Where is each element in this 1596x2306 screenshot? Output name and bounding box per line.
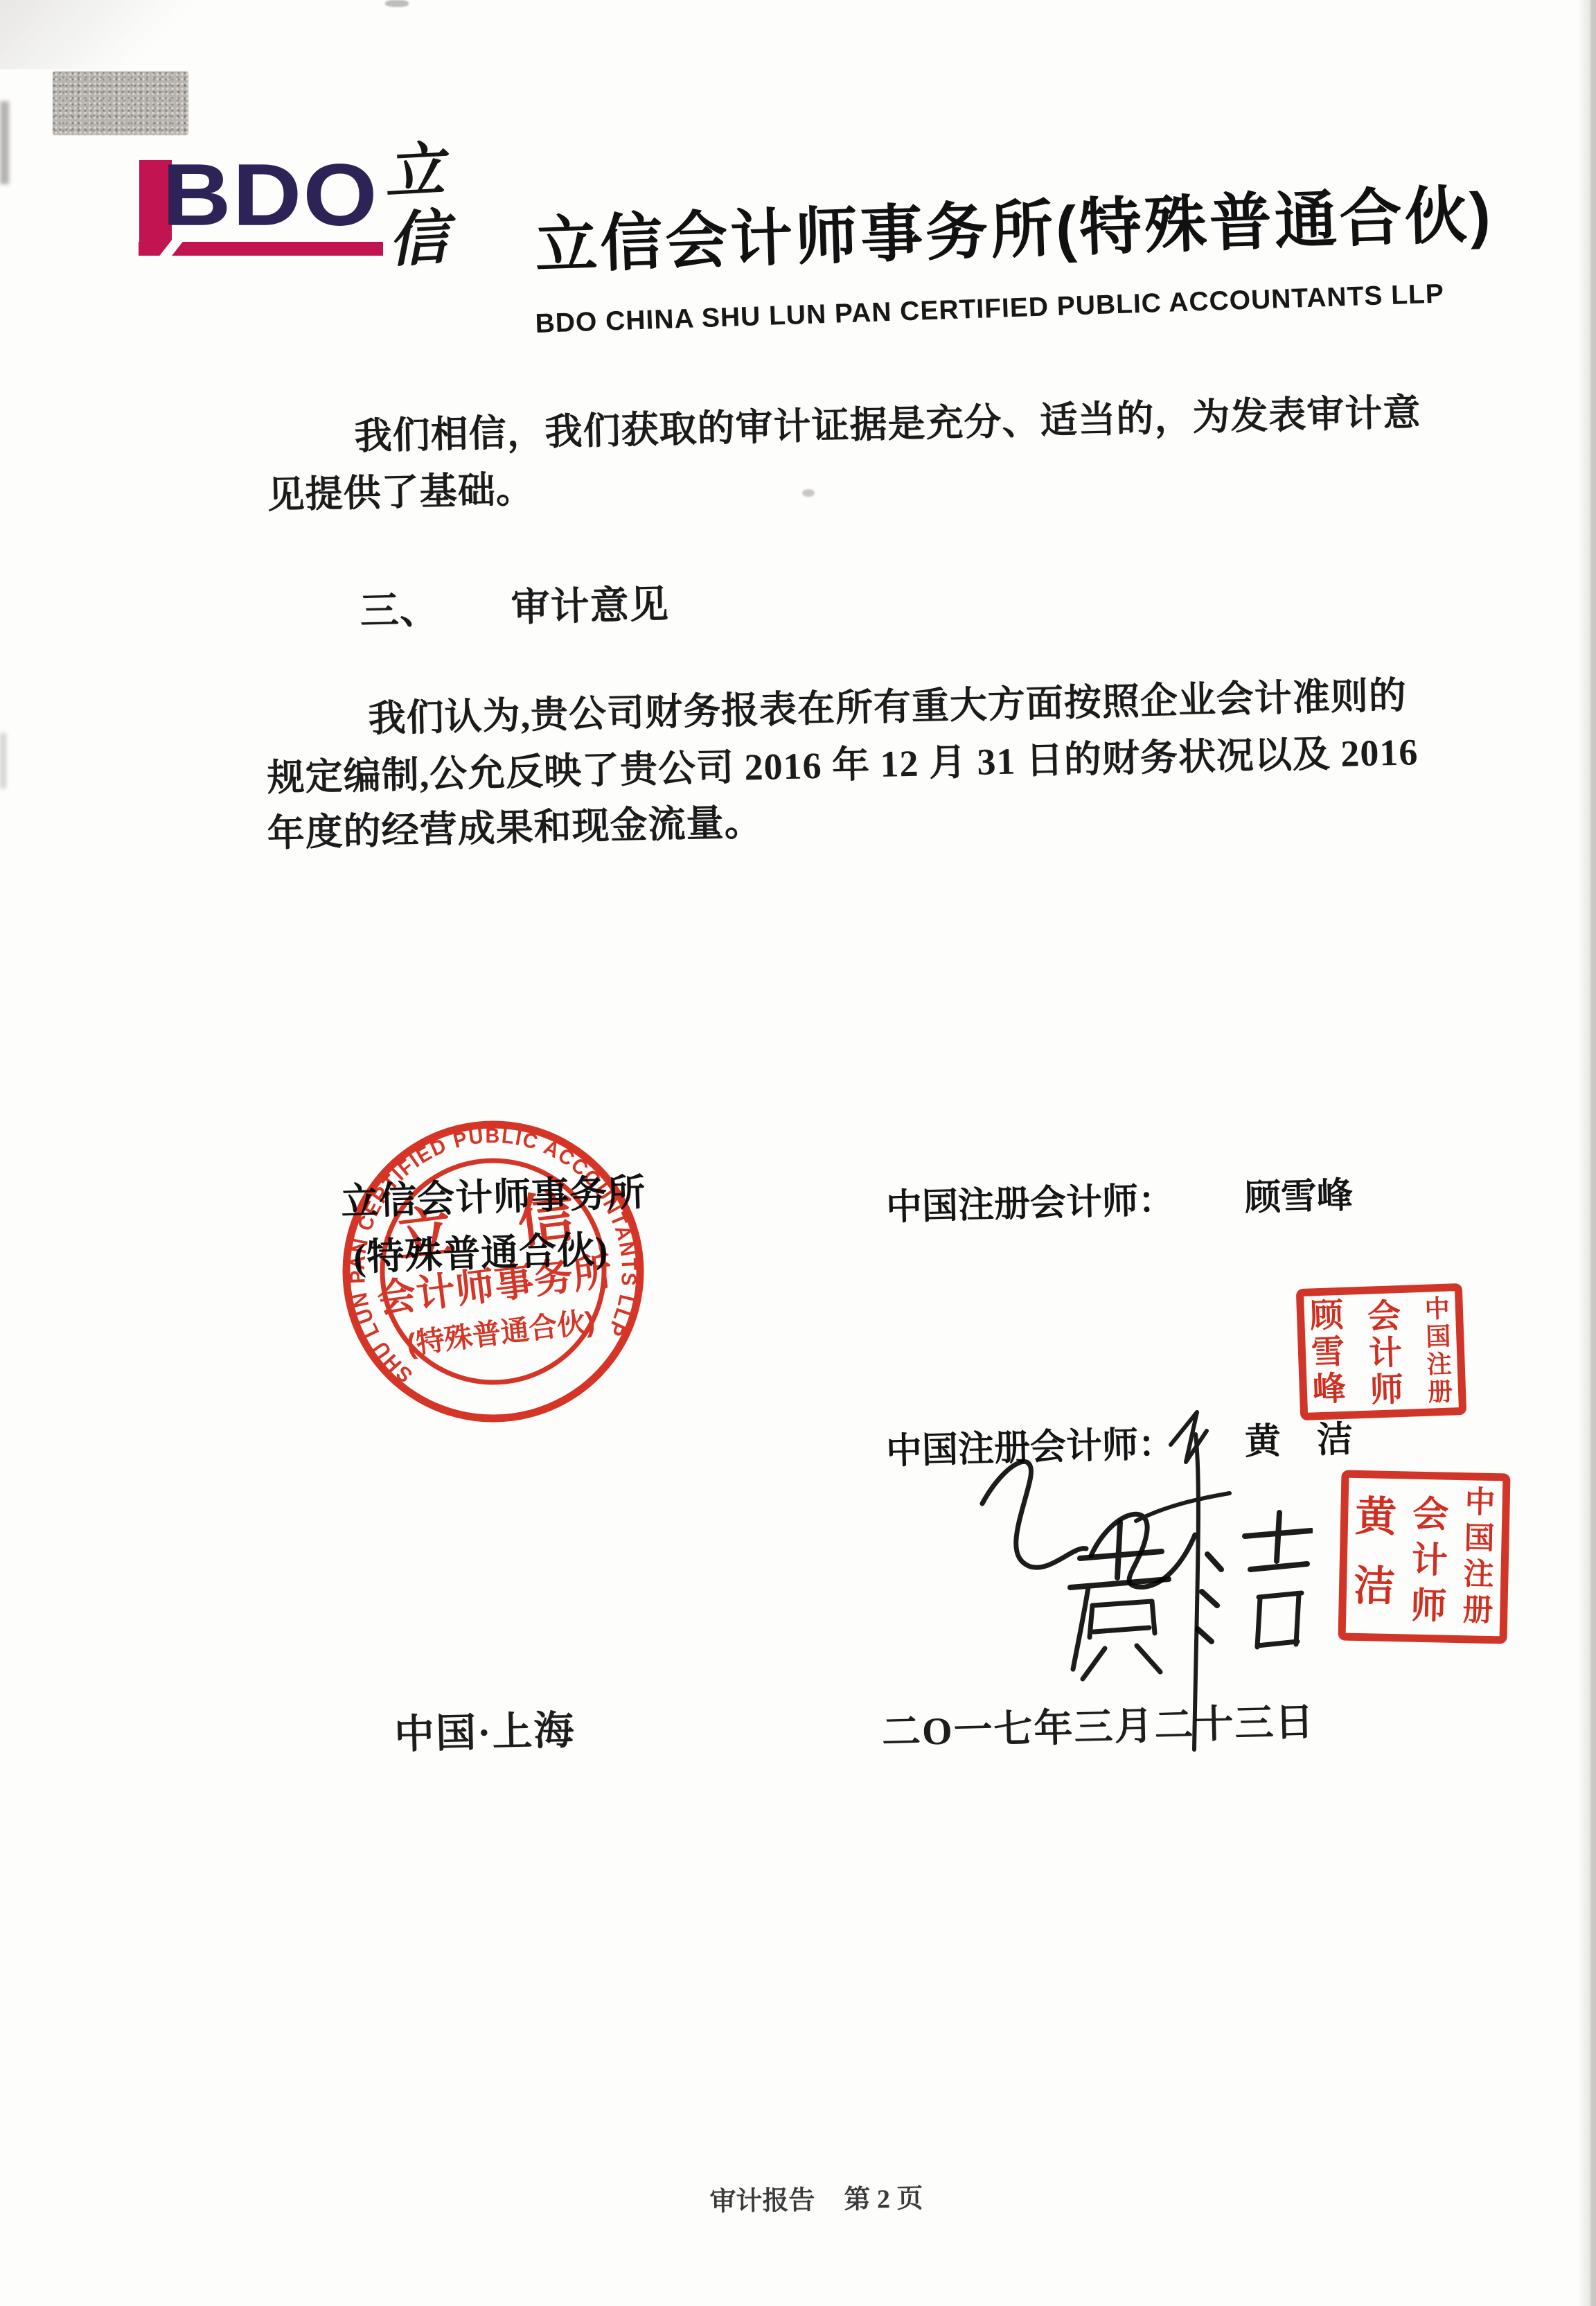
paragraph1-line1: 我们相信，我们获取的审计证据是充分、适当的，为发表审计意 (267, 389, 1421, 462)
closing-firm-line1: 立信会计师事务所 (340, 1163, 646, 1226)
cpa-line-1: 中国注册会计师：顾雪峰 (885, 1165, 1354, 1230)
footer-page-number: 第 2 页 (844, 2184, 923, 2215)
logo-bdo-wordmark: BDO (162, 151, 379, 239)
cpa1-name: 顾雪峰 (1244, 1176, 1353, 1218)
scan-smudge-left-mid (0, 733, 6, 789)
section-heading: 三、审计意见 (360, 581, 669, 636)
paragraph2-line3: 年度的经营成果和现金流量。 (267, 800, 763, 858)
cpa-seal-huang-jie: 黄洁 会计师 中国注册 (1338, 1470, 1510, 1644)
scanned-audit-report-page: BDO 立信 立信会计师事务所(特殊普通合伙) BDO CHINA SHU LU… (0, 0, 1596, 2306)
seal-name-column: 黄洁 (1351, 1482, 1399, 1630)
scan-edge-shadow-right (1578, 0, 1596, 2306)
scan-speck (802, 489, 815, 497)
logo-lixin-calligraphy: 立信 (383, 135, 461, 274)
cpa1-label: 中国注册会计师： (885, 1181, 1174, 1228)
cpa2-name: 黄 洁 (1244, 1420, 1353, 1462)
seal-country-column: 中国注册 (1424, 1294, 1454, 1406)
cpa-seal-gu-xuefeng: 顾雪峰 会计师 中国注册 (1296, 1283, 1466, 1420)
paragraph1-line2: 见提供了基础。 (267, 466, 534, 519)
scan-corner-shading (0, 0, 236, 69)
firm-name-english: BDO CHINA SHU LUN PAN CERTIFIED PUBLIC A… (535, 279, 1445, 340)
section-title: 审计意见 (511, 583, 669, 630)
signature-huang-jie (1056, 1500, 1313, 1687)
scan-speck-top (385, 0, 409, 7)
closing-location: 中国·上海 (393, 1698, 576, 1760)
firm-name-chinese: 立信会计师事务所(特殊普通合伙) (533, 164, 1495, 285)
scan-smudge-left-top (0, 101, 9, 184)
seal-name-column: 顾雪峰 (1309, 1297, 1347, 1411)
seal-title-column: 会计师 (1366, 1298, 1404, 1409)
closing-firm-line2: (特殊普通合伙) (353, 1220, 609, 1281)
scan-artifact-box (53, 71, 188, 135)
seal-title-column: 会计师 (1409, 1484, 1451, 1631)
section-number: 三、 (360, 588, 439, 633)
footer-doc-title: 审计报告 (709, 2186, 815, 2217)
seal-country-column: 中国注册 (1461, 1484, 1497, 1632)
page-footer: 审计报告第 2 页 (709, 2176, 923, 2218)
